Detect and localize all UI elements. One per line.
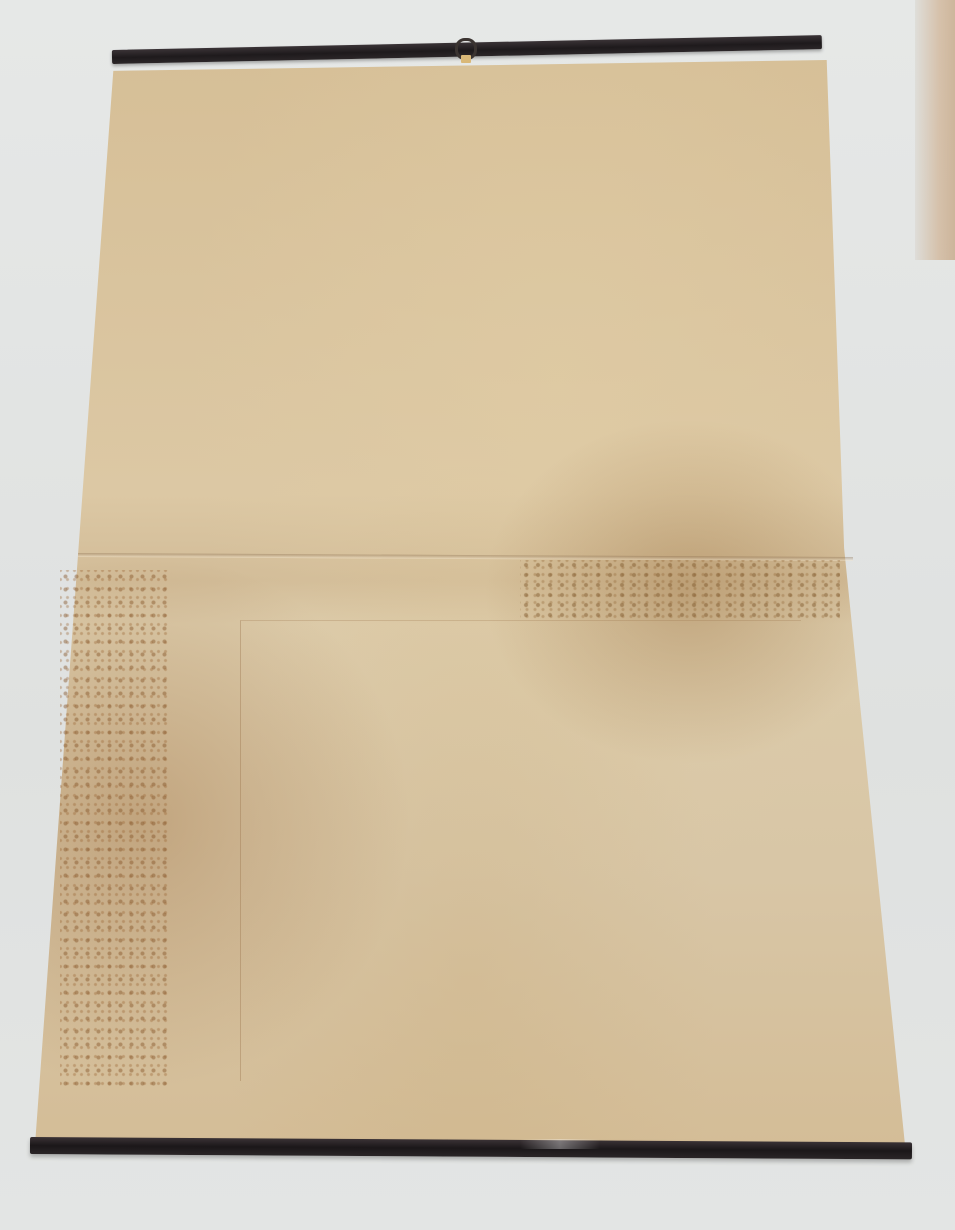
background-furniture-edge bbox=[915, 0, 955, 260]
foxing-stains-left bbox=[60, 570, 170, 1090]
rod-reflection bbox=[520, 1139, 600, 1149]
foxing-stains-fold bbox=[520, 560, 840, 620]
hanger-clip bbox=[461, 55, 471, 63]
faint-border-imprint bbox=[240, 620, 801, 1081]
